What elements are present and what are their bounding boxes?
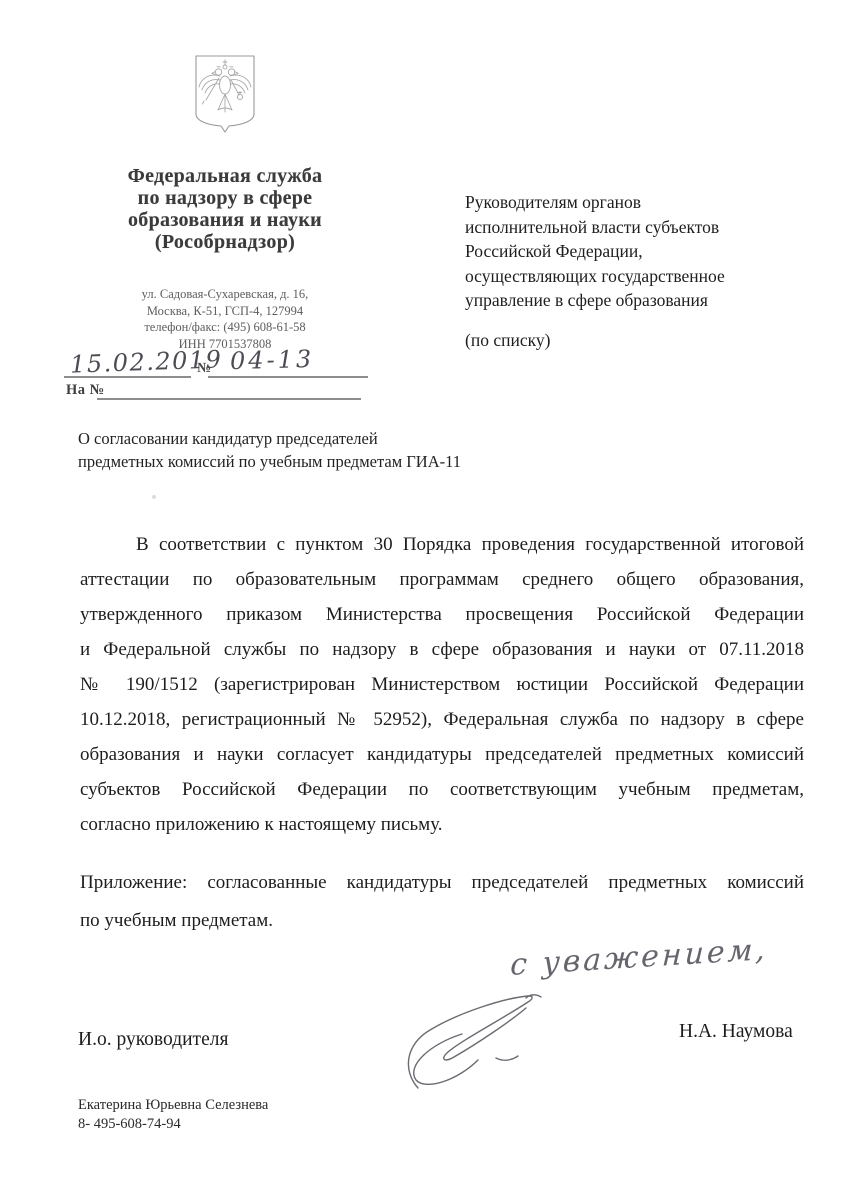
address-line: ул. Садовая-Сухаревская, д. 16, bbox=[85, 286, 365, 303]
letterhead-org-name: Федеральная служба по надзору в сфере об… bbox=[85, 165, 365, 253]
number-sign-label: № bbox=[197, 361, 211, 377]
body-line: и Федеральной службы по надзору в сфере … bbox=[80, 632, 804, 667]
signer-position-title: И.о. руководителя bbox=[78, 1029, 228, 1051]
recipient-line: осуществляющих государственное bbox=[465, 264, 810, 289]
signer-name: Н.А. Наумова bbox=[679, 1021, 793, 1043]
recipient-block: Руководителям органов исполнительной вла… bbox=[465, 190, 810, 352]
body-line: утвержденного приказом Министерства прос… bbox=[80, 597, 804, 632]
body-line: согласно приложению к настоящему письму. bbox=[80, 807, 804, 842]
body-line: образования и науки согласует кандидатур… bbox=[80, 737, 804, 772]
org-name-line: по надзору в сфере bbox=[85, 187, 365, 209]
executor-name: Екатерина Юрьевна Селезнева bbox=[78, 1096, 268, 1115]
scan-artifact-dot bbox=[152, 495, 156, 499]
recipient-line: Руководителям органов bbox=[465, 190, 810, 215]
recipient-line: исполнительной власти субъектов bbox=[465, 215, 810, 240]
subject-line: О согласовании кандидатур председателей bbox=[78, 427, 538, 450]
org-name-line: (Рособрнадзор) bbox=[85, 231, 365, 253]
executor-phone: 8- 495-608-74-94 bbox=[78, 1115, 268, 1134]
date-underline bbox=[64, 376, 191, 378]
russia-coat-of-arms-icon bbox=[192, 54, 258, 134]
body-line: аттестации по образовательным программам… bbox=[80, 562, 804, 597]
handwritten-outgoing-number: 04-13 bbox=[230, 345, 315, 375]
recipient-line: управление в сфере образования bbox=[465, 288, 810, 313]
executor-contact: Екатерина Юрьевна Селезнева 8- 495-608-7… bbox=[78, 1096, 268, 1134]
letterhead-address: ул. Садовая-Сухаревская, д. 16, Москва, … bbox=[85, 286, 365, 352]
org-name-line: Федеральная служба bbox=[85, 165, 365, 187]
address-line: Москва, К-51, ГСП-4, 127994 bbox=[85, 303, 365, 320]
subject-line: предметных комиссий по учебным предметам… bbox=[78, 450, 538, 473]
org-name-line: образования и науки bbox=[85, 209, 365, 231]
body-line: 10.12.2018, регистрационный № 52952), Фе… bbox=[80, 702, 804, 737]
body-line: субъектов Российской Федерации по соотве… bbox=[80, 772, 804, 807]
reply-number-underline bbox=[97, 398, 361, 400]
handwritten-signature-icon bbox=[400, 992, 550, 1094]
recipient-list-note: (по списку) bbox=[465, 328, 810, 353]
address-line: телефон/факс: (495) 608-61-58 bbox=[85, 319, 365, 336]
number-underline bbox=[208, 376, 368, 378]
body-line: В соответствии с пунктом 30 Порядка пров… bbox=[80, 527, 804, 562]
reply-to-number-label: На № bbox=[66, 382, 105, 399]
attachment-note: Приложение: согласованные кандидатуры пр… bbox=[80, 864, 804, 940]
letter-body: В соответствии с пунктом 30 Порядка пров… bbox=[80, 527, 804, 842]
letter-subject: О согласовании кандидатур председателей … bbox=[78, 427, 538, 473]
attachment-line: Приложение: согласованные кандидатуры пр… bbox=[80, 864, 804, 902]
recipient-line: Российской Федерации, bbox=[465, 239, 810, 264]
scanned-letter-page: Федеральная служба по надзору в сфере об… bbox=[0, 0, 850, 1200]
attachment-line: по учебным предметам. bbox=[80, 902, 804, 940]
body-line: № 190/1512 (зарегистрирован Министерство… bbox=[80, 667, 804, 702]
